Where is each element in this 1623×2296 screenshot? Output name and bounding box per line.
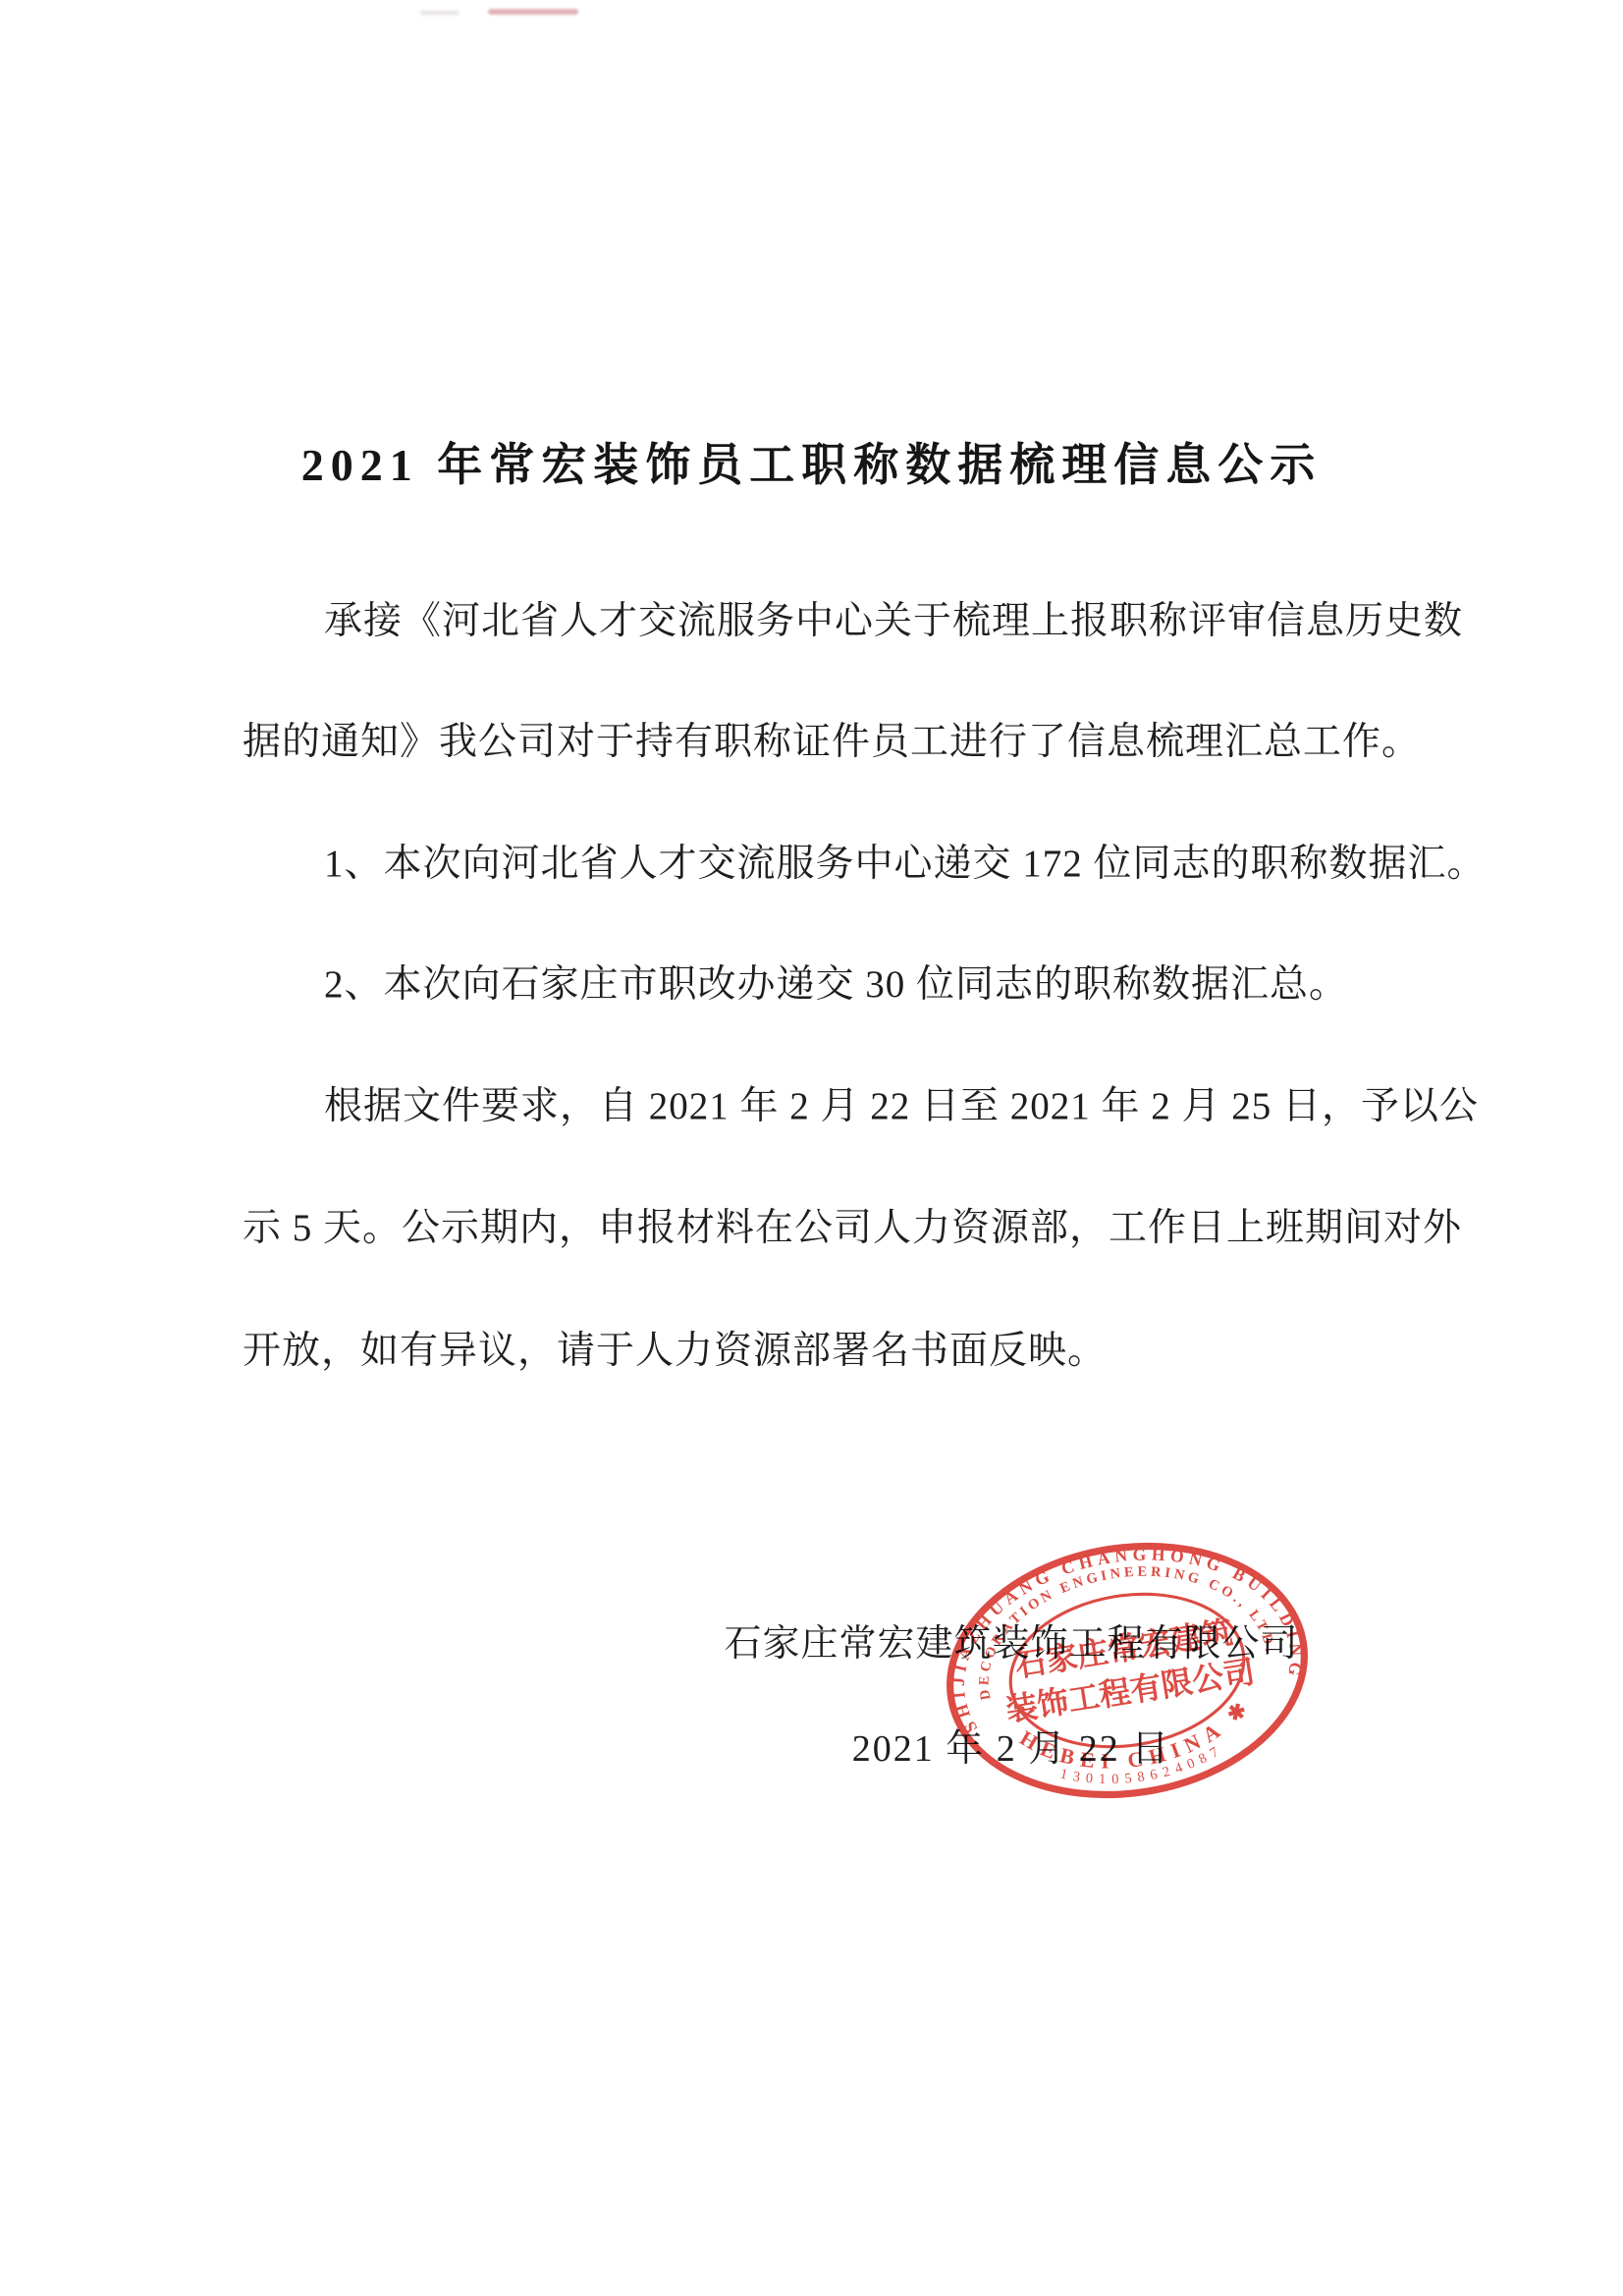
company-seal-svg: SHIJIAZHUANG CHANGHONG BUILDING DECORATI… (915, 1503, 1338, 1837)
company-seal-stamp: SHIJIAZHUANG CHANGHONG BUILDING DECORATI… (915, 1503, 1338, 1837)
body-line: 示 5 天。公示期内，申报材料在公司人力资源部，工作日上班期间对外 (243, 1197, 1411, 1252)
body-line: 开放，如有异议，请于人力资源部署名书面反映。 (243, 1320, 1411, 1375)
document-page: 2021 年常宏装饰员工职称数据梳理信息公示 承接《河北省人才交流服务中心关于梳… (0, 0, 1623, 2296)
body-line: 1、本次向河北省人才交流服务中心递交 172 位同志的职称数据汇。 (243, 833, 1492, 888)
body-line: 承接《河北省人才交流服务中心关于梳理上报职称评审信息历史数 (243, 590, 1492, 645)
scan-artifact (420, 11, 460, 15)
body-line: 据的通知》我公司对于持有职称证件员工进行了信息梳理汇总工作。 (243, 711, 1411, 766)
body-line: 2、本次向石家庄市职改办递交 30 位同志的职称数据汇总。 (243, 954, 1492, 1009)
page-title: 2021 年常宏装饰员工职称数据梳理信息公示 (0, 429, 1623, 494)
body-line: 根据文件要求，自 2021 年 2 月 22 日至 2021 年 2 月 25 … (243, 1075, 1492, 1130)
scan-artifact (488, 9, 578, 15)
